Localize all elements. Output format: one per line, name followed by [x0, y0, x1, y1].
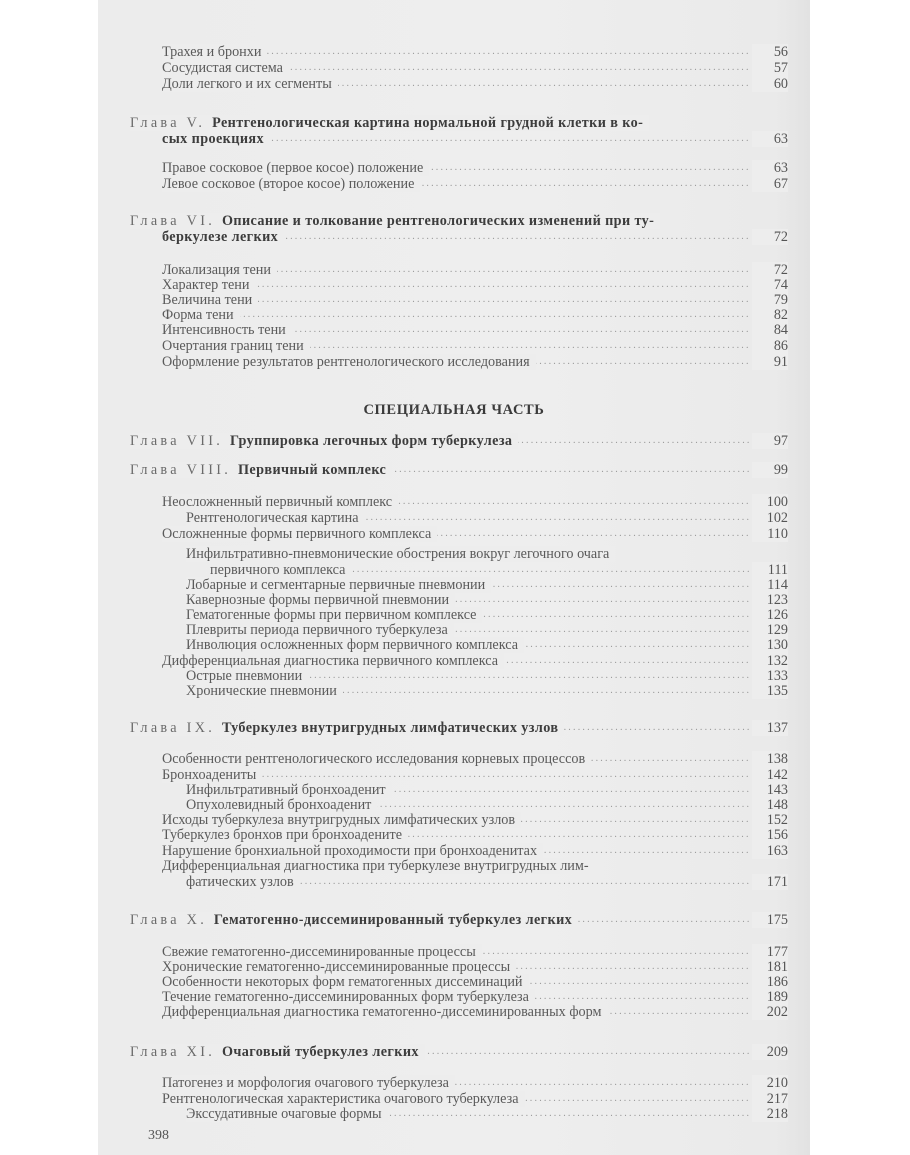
entry-page-number: 210: [752, 1075, 788, 1091]
chapter-label: Глава VIII.: [130, 462, 238, 478]
entry-title: Глава V. Рентгенологическая картина норм…: [130, 115, 649, 131]
toc-chapter-entry: Глава XI. Очаговый туберкулез легких....…: [98, 1044, 810, 1060]
entry-page-number: 84: [752, 322, 788, 338]
chapter-title: Рентгенологическая картина нормальной гр…: [212, 115, 643, 131]
toc-item: Доли легкого и их сегменты..............…: [98, 76, 810, 92]
toc-chapter-entry: Глава VIII. Первичный комплекс..........…: [98, 462, 810, 478]
toc-item: Хронические гематогенно-диссеминированны…: [98, 959, 810, 975]
entry-page-number: 148: [752, 797, 788, 813]
entry-page-number: 143: [752, 782, 788, 798]
book-page: Трахея и бронхи.........................…: [98, 0, 810, 1155]
entry-page-number: 129: [752, 622, 788, 638]
toc-item: Форма тени..............................…: [98, 307, 810, 323]
entry-page-number: 111: [752, 562, 788, 578]
entry-title: Плевриты периода первичного туберкулеза: [186, 622, 454, 638]
entry-title: Глава IX. Туберкулез внутригрудных лимфа…: [130, 720, 564, 736]
entry-page-number: 60: [752, 76, 788, 92]
entry-title: первичного комплекса: [210, 562, 351, 578]
entry-title: Правое сосковое (первое косое) положение: [162, 160, 429, 176]
entry-title: Бронхоадениты: [162, 767, 262, 783]
entry-page-number: 142: [752, 767, 788, 783]
toc-item-continued: первичного комплекса....................…: [98, 562, 810, 578]
dot-leader: ........................................…: [182, 307, 750, 323]
entry-page-number: 86: [752, 338, 788, 354]
entry-page-number: 63: [752, 160, 788, 176]
entry-title: Патогенез и морфология очагового туберку…: [162, 1075, 455, 1091]
entry-title: Глава XI. Очаговый туберкулез легких: [130, 1044, 425, 1060]
entry-title: Оформление результатов рентгенологическо…: [162, 354, 536, 370]
toc-item: Патогенез и морфология очагового туберку…: [98, 1075, 810, 1091]
toc-item: Особенности рентгенологического исследов…: [98, 751, 810, 767]
entry-title: Доли легкого и их сегменты: [162, 76, 338, 92]
toc-item: Хронические пневмонии...................…: [98, 683, 810, 699]
chapter-label: Глава IX.: [130, 720, 222, 736]
toc-item: Свежие гематогенно-диссеминированные про…: [98, 944, 810, 960]
entry-page-number: 156: [752, 827, 788, 843]
toc-item-continued: фатических узлов........................…: [98, 874, 810, 890]
toc-item: Опухолевидный бронхоаденит..............…: [98, 797, 810, 813]
entry-title: Дифференциальная диагностика первичного …: [162, 653, 504, 669]
entry-page-number: 135: [752, 683, 788, 699]
toc-item: Дифференциальная диагностика при туберку…: [98, 858, 810, 874]
entry-page-number: 79: [752, 292, 788, 308]
toc-item: Неосложненный первичный комплекс........…: [98, 494, 810, 510]
entry-title: Трахея и бронхи: [162, 44, 267, 60]
entry-page-number: 114: [752, 577, 788, 593]
toc-item: Сосудистая система......................…: [98, 60, 810, 76]
dot-leader: ........................................…: [182, 277, 750, 293]
entry-page-number: 189: [752, 989, 788, 1005]
entry-title: Глава VI. Описание и толкование рентгено…: [130, 213, 660, 229]
chapter-label: Глава XI.: [130, 1044, 222, 1060]
toc-item: Плевриты периода первичного туберкулеза.…: [98, 622, 810, 638]
entry-page-number: 181: [752, 959, 788, 975]
section-heading: СПЕЦИАЛЬНАЯ ЧАСТЬ: [98, 402, 810, 419]
toc-chapter-entry: Глава V. Рентгенологическая картина норм…: [98, 115, 810, 131]
entry-page-number: 202: [752, 1004, 788, 1020]
toc-item: Инволюция осложненных форм первичного ко…: [98, 637, 810, 653]
chapter-label: Глава V.: [130, 115, 212, 131]
entry-title: Величина тени: [162, 292, 258, 308]
entry-page-number: 67: [752, 176, 788, 192]
toc-item: Течение гематогенно-диссеминированных фо…: [98, 989, 810, 1005]
toc-item: Интенсивность тени......................…: [98, 322, 810, 338]
toc-item: Экссудативные очаговые формы............…: [98, 1106, 810, 1122]
entry-page-number: 171: [752, 874, 788, 890]
toc-item: Рентгенологическая характеристика очагов…: [98, 1091, 810, 1107]
toc-chapter-entry: Глава IX. Туберкулез внутригрудных лимфа…: [98, 720, 810, 736]
entry-page-number: 57: [752, 60, 788, 76]
entry-title: Экссудативные очаговые формы: [186, 1106, 388, 1122]
entry-title: Очертания границ тени: [162, 338, 310, 354]
entry-title: Особенности некоторых форм гематогенных …: [162, 974, 529, 990]
toc-chapter-entry: Глава X. Гематогенно-диссеминированный т…: [98, 912, 810, 928]
dot-leader: ........................................…: [182, 767, 750, 783]
toc-chapter-entry: Глава VI. Описание и толкование рентгено…: [98, 213, 810, 229]
entry-page-number: 217: [752, 1091, 788, 1107]
entry-page-number: 74: [752, 277, 788, 293]
entry-title: сых проекциях: [162, 131, 270, 147]
chapter-title: Гематогенно-диссеминированный туберкулез…: [214, 912, 572, 928]
toc-chapter-entry: Глава VII. Группировка легочных форм туб…: [98, 433, 810, 449]
toc-item: Гематогенные формы при первичном комплек…: [98, 607, 810, 623]
entry-title: Хронические пневмонии: [186, 683, 343, 699]
entry-title: Форма тени: [162, 307, 240, 323]
entry-title: Гематогенные формы при первичном комплек…: [186, 607, 482, 623]
entry-title: Исходы туберкулеза внутригрудных лимфати…: [162, 812, 521, 828]
entry-title: Неосложненный первичный комплекс: [162, 494, 398, 510]
entry-page-number: 102: [752, 510, 788, 526]
entry-title: Нарушение бронхиальной проходимости при …: [162, 843, 543, 859]
entry-title: Туберкулез бронхов при бронхоадените: [162, 827, 408, 843]
entry-title: Сосудистая система: [162, 60, 289, 76]
entry-page-number: 63: [752, 131, 788, 147]
entry-page-number: 99: [752, 462, 788, 478]
entry-title: Рентгенологическая характеристика очагов…: [162, 1091, 525, 1107]
chapter-title: Первичный комплекс: [238, 462, 386, 478]
entry-title: фатических узлов: [186, 874, 300, 890]
entry-title: Интенсивность тени: [162, 322, 292, 338]
entry-page-number: 175: [752, 912, 788, 928]
toc-item: Рентгенологическая картина..............…: [98, 510, 810, 526]
toc-item: Лобарные и сегментарные первичные пневмо…: [98, 577, 810, 593]
entry-page-number: 186: [752, 974, 788, 990]
entry-page-number: 138: [752, 751, 788, 767]
toc-item: Бронхоадениты...........................…: [98, 767, 810, 783]
chapter-title: Туберкулез внутригрудных лимфатических у…: [222, 720, 559, 736]
entry-title: Опухолевидный бронхоаденит: [186, 797, 377, 813]
chapter-label: Глава X.: [130, 912, 214, 928]
toc-item: Инфильтративный бронхоаденит............…: [98, 782, 810, 798]
entry-title: Локализация тени: [162, 262, 277, 278]
entry-title: Глава VIII. Первичный комплекс: [130, 462, 392, 478]
entry-title: Кавернозные формы первичной пневмонии: [186, 592, 455, 608]
entry-title: Характер тени: [162, 277, 255, 293]
chapter-title: Описание и толкование рентгенологических…: [222, 213, 654, 229]
entry-page-number: 97: [752, 433, 788, 449]
chapter-label: Глава VII.: [130, 433, 230, 449]
entry-page-number: 72: [752, 262, 788, 278]
entry-page-number: 82: [752, 307, 788, 323]
entry-page-number: 209: [752, 1044, 788, 1060]
toc-item: Туберкулез бронхов при бронхоадените....…: [98, 827, 810, 843]
toc-chapter-entry-continued: беркулезе легких........................…: [98, 229, 810, 245]
entry-page-number: 133: [752, 668, 788, 684]
chapter-label: Глава VI.: [130, 213, 222, 229]
entry-page-number: 126: [752, 607, 788, 623]
toc-item: Инфильтративно-пневмонические обострения…: [98, 546, 810, 562]
entry-title: Глава VII. Группировка легочных форм туб…: [130, 433, 518, 449]
toc-item: Острые пневмонии........................…: [98, 668, 810, 684]
entry-title: Течение гематогенно-диссеминированных фо…: [162, 989, 535, 1005]
toc-item: Трахея и бронхи.........................…: [98, 44, 810, 60]
toc-item: Характер тени...........................…: [98, 277, 810, 293]
entry-page-number: 130: [752, 637, 788, 653]
entry-title: Осложненные формы первичного комплекса: [162, 526, 437, 542]
entry-title: беркулезе легких: [162, 229, 284, 245]
toc-item: Локализация тени........................…: [98, 262, 810, 278]
chapter-title: Очаговый туберкулез легких: [222, 1044, 419, 1060]
chapter-title: Группировка легочных форм туберкулеза: [230, 433, 512, 449]
entry-page-number: 132: [752, 653, 788, 669]
entry-page-number: 137: [752, 720, 788, 736]
toc-item: Правое сосковое (первое косое) положение…: [98, 160, 810, 176]
entry-title: Левое сосковое (второе косое) положение: [162, 176, 420, 192]
entry-page-number: 91: [752, 354, 788, 370]
entry-page-number: 72: [752, 229, 788, 245]
entry-page-number: 163: [752, 843, 788, 859]
toc-item: Дифференциальная диагностика первичного …: [98, 653, 810, 669]
dot-leader: ........................................…: [182, 292, 750, 308]
toc-item: Нарушение бронхиальной проходимости при …: [98, 843, 810, 859]
toc-item: Величина тени...........................…: [98, 292, 810, 308]
entry-title: Инфильтративно-пневмонические обострения…: [186, 546, 615, 562]
toc-item: Левое сосковое (второе косое) положение.…: [98, 176, 810, 192]
toc-chapter-entry-continued: сых проекциях...........................…: [98, 131, 810, 147]
entry-title: Дифференциальная диагностика при туберку…: [162, 858, 595, 874]
entry-title: Дифференциальная диагностика гематогенно…: [162, 1004, 607, 1020]
toc-item: Осложненные формы первичного комплекса..…: [98, 526, 810, 542]
entry-title: Острые пневмонии: [186, 668, 308, 684]
entry-title: Инфильтративный бронхоаденит: [186, 782, 392, 798]
toc-item: Особенности некоторых форм гематогенных …: [98, 974, 810, 990]
entry-page-number: 110: [752, 526, 788, 542]
toc-item: Исходы туберкулеза внутригрудных лимфати…: [98, 812, 810, 828]
entry-title: Рентгенологическая картина: [186, 510, 365, 526]
entry-page-number: 56: [752, 44, 788, 60]
entry-title: Инволюция осложненных форм первичного ко…: [186, 637, 524, 653]
entry-title: Лобарные и сегментарные первичные пневмо…: [186, 577, 491, 593]
entry-page-number: 100: [752, 494, 788, 510]
entry-page-number: 152: [752, 812, 788, 828]
toc-item: Дифференциальная диагностика гематогенно…: [98, 1004, 810, 1020]
toc-item: Очертания границ тени...................…: [98, 338, 810, 354]
entry-page-number: 123: [752, 592, 788, 608]
entry-title: Особенности рентгенологического исследов…: [162, 751, 591, 767]
entry-title: Глава X. Гематогенно-диссеминированный т…: [130, 912, 578, 928]
entry-page-number: 218: [752, 1106, 788, 1122]
toc-item: Оформление результатов рентгенологическо…: [98, 354, 810, 370]
page-number: 398: [148, 1128, 169, 1144]
entry-title: Свежие гематогенно-диссеминированные про…: [162, 944, 482, 960]
entry-title: Хронические гематогенно-диссеминированны…: [162, 959, 516, 975]
entry-page-number: 177: [752, 944, 788, 960]
toc-item: Кавернозные формы первичной пневмонии...…: [98, 592, 810, 608]
